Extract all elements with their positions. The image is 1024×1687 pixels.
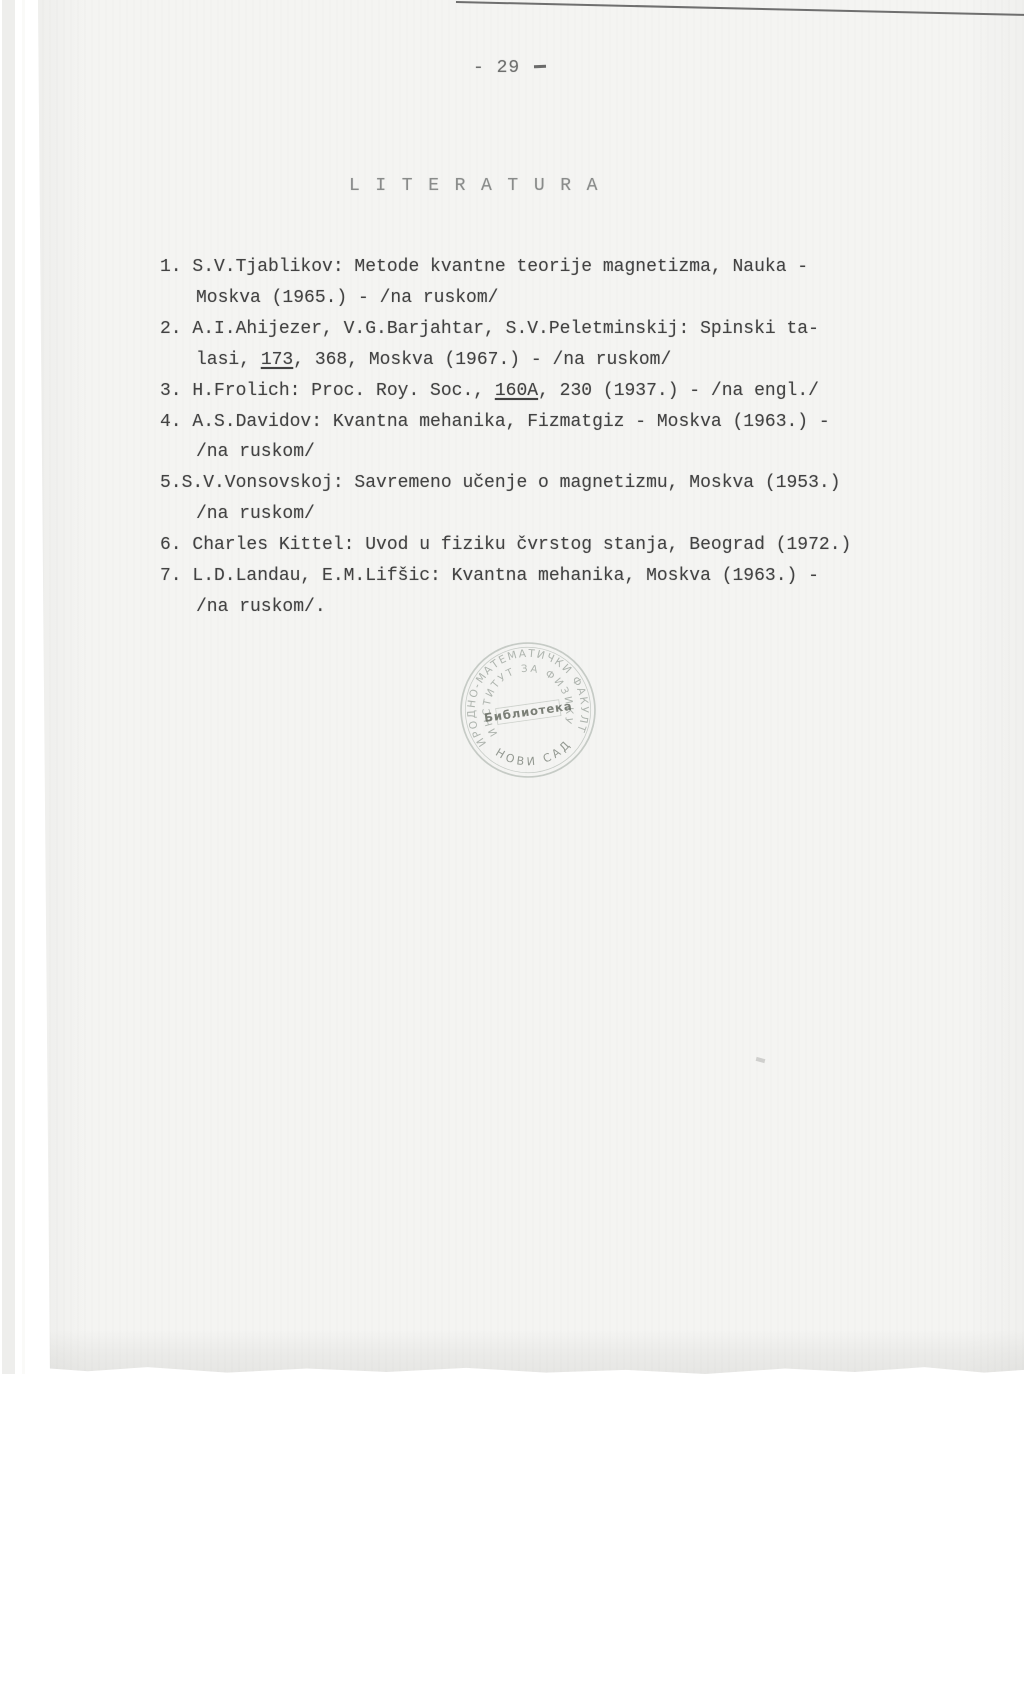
reference-text: lasi, xyxy=(196,350,261,370)
literatura-heading: L I T E R A T U R A xyxy=(349,176,600,196)
reference-text: /na ruskom/ xyxy=(196,442,315,462)
scanned-document: - 29 - L I T E R A T U R A 1. S.V.Tjabli… xyxy=(0,0,1024,1687)
reference-text: Moskva (1965.) - /na ruskom/ xyxy=(196,288,498,308)
reference-text: , 368, Moskva (1967.) - /na ruskom/ xyxy=(293,350,671,370)
reference-line: 7. L.D.Landau, E.M.Lifšic: Kvantna mehan… xyxy=(160,561,920,592)
reference-line: /na ruskom/ xyxy=(196,499,920,530)
reference-text: 2. A.I.Ahijezer, V.G.Barjahtar, S.V.Pele… xyxy=(160,319,819,339)
svg-text:ПРИРОДНО-МАТЕМАТИЧКИ ФАКУЛТЕТ: ПРИРОДНО-МАТЕМАТИЧКИ ФАКУЛТЕТ xyxy=(432,614,595,755)
stamp-library-label: Библиотека xyxy=(483,699,573,725)
reference-text: 5.S.V.Vonsovskoj: Savremeno učenje o mag… xyxy=(160,473,841,493)
reference-line: 3. H.Frolich: Proc. Roy. Soc., 160A, 230… xyxy=(160,376,920,407)
reference-volume-underlined: 160A xyxy=(495,381,538,401)
reference-text: 6. Charles Kittel: Uvod u fiziku čvrstog… xyxy=(160,535,851,555)
reference-line: 1. S.V.Tjablikov: Metode kvantne teorije… xyxy=(160,252,920,283)
reference-volume-underlined: 173 xyxy=(261,350,293,370)
reference-list: 1. S.V.Tjablikov: Metode kvantne teorije… xyxy=(160,252,920,623)
stamp-faculty-arc-text: ПРИРОДНО-МАТЕМАТИЧКИ ФАКУЛТЕТ xyxy=(432,614,595,755)
reference-text: , 230 (1937.) - /na engl./ xyxy=(538,381,819,401)
page-number: - 29 - xyxy=(473,58,544,78)
scan-edge-strip xyxy=(2,0,15,1374)
reference-text: 3. H.Frolich: Proc. Roy. Soc., xyxy=(160,381,495,401)
reference-line: lasi, 173, 368, Moskva (1967.) - /na rus… xyxy=(196,345,920,376)
reference-line: 2. A.I.Ahijezer, V.G.Barjahtar, S.V.Pele… xyxy=(160,314,920,345)
reference-line: 6. Charles Kittel: Uvod u fiziku čvrstog… xyxy=(160,530,920,561)
reference-text: 7. L.D.Landau, E.M.Lifšic: Kvantna mehan… xyxy=(160,566,819,586)
reference-line: 4. A.S.Davidov: Kvantna mehanika, Fizmat… xyxy=(160,407,920,438)
scan-edge-highlight xyxy=(22,0,25,1374)
paper-sheet: - 29 - L I T E R A T U R A 1. S.V.Tjabli… xyxy=(28,0,1024,1374)
reference-text: 4. A.S.Davidov: Kvantna mehanika, Fizmat… xyxy=(160,412,830,432)
reference-line: Moskva (1965.) - /na ruskom/ xyxy=(196,283,920,314)
reference-line: 5.S.V.Vonsovskoj: Savremeno učenje o mag… xyxy=(160,468,920,499)
reference-text: 1. S.V.Tjablikov: Metode kvantne teorije… xyxy=(160,257,808,277)
scan-artifact xyxy=(756,1057,766,1063)
library-stamp-seal: ПРИРОДНО-МАТЕМАТИЧКИ ФАКУЛТЕТ ИНСТИТУТ З… xyxy=(432,614,624,806)
page-fold-line xyxy=(456,1,1024,17)
reference-text: /na ruskom/. xyxy=(196,597,326,617)
reference-line: /na ruskom/ xyxy=(196,437,920,468)
reference-text: /na ruskom/ xyxy=(196,504,315,524)
reference-line: /na ruskom/. xyxy=(196,592,920,623)
